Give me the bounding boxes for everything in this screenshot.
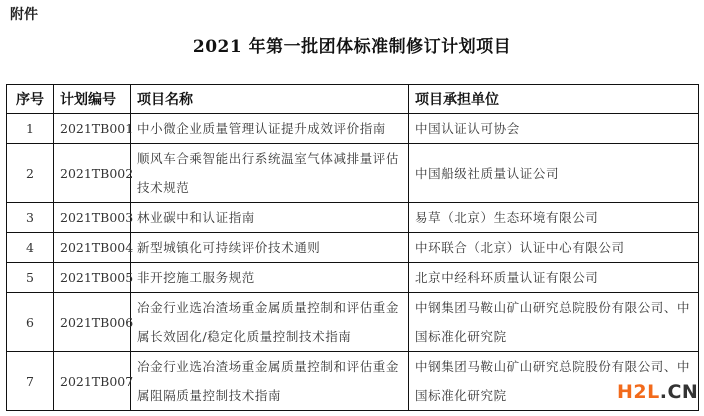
cell-index: 1 <box>7 114 54 144</box>
cell-plan-code: 2021TB007 <box>54 352 131 411</box>
cell-project-name: 冶金行业选冶渣场重金属质量控制和评估重金属长效固化/稳定化质量控制技术指南 <box>131 293 409 352</box>
watermark-h2l: H2L <box>617 381 660 403</box>
cell-plan-code: 2021TB004 <box>54 233 131 263</box>
cell-undertaking-unit: 中环联合（北京）认证中心有限公司 <box>409 233 699 263</box>
cell-undertaking-unit: 北京中经科环质量认证有限公司 <box>409 263 699 293</box>
cell-project-name: 顺风车合乘智能出行系统温室气体减排量评估技术规范 <box>131 144 409 203</box>
table-row: 5 2021TB005 非开挖施工服务规范 北京中经科环质量认证有限公司 <box>7 263 699 293</box>
cell-plan-code: 2021TB006 <box>54 293 131 352</box>
cell-index: 6 <box>7 293 54 352</box>
table-row: 6 2021TB006 冶金行业选冶渣场重金属质量控制和评估重金属长效固化/稳定… <box>7 293 699 352</box>
cell-index: 7 <box>7 352 54 411</box>
cell-plan-code: 2021TB002 <box>54 144 131 203</box>
cell-undertaking-unit: 中国认证认可协会 <box>409 114 699 144</box>
cell-plan-code: 2021TB003 <box>54 203 131 233</box>
cell-index: 5 <box>7 263 54 293</box>
header-plan-code: 计划编号 <box>54 85 131 114</box>
table-row: 3 2021TB003 林业碳中和认证指南 易草（北京）生态环境有限公司 <box>7 203 699 233</box>
site-watermark-logo: H2L.CN <box>617 381 698 403</box>
header-project-name: 项目名称 <box>131 85 409 114</box>
cell-project-name: 非开挖施工服务规范 <box>131 263 409 293</box>
cell-index: 2 <box>7 144 54 203</box>
cell-plan-code: 2021TB001 <box>54 114 131 144</box>
table-row: 2 2021TB002 顺风车合乘智能出行系统温室气体减排量评估技术规范 中国船… <box>7 144 699 203</box>
table-row: 1 2021TB001 中小微企业质量管理认证提升成效评价指南 中国认证认可协会 <box>7 114 699 144</box>
cell-project-name: 冶金行业选冶渣场重金属质量控制和评估重金属阻隔质量控制技术指南 <box>131 352 409 411</box>
cell-undertaking-unit: 中钢集团马鞍山矿山研究总院股份有限公司、中国标准化研究院 <box>409 293 699 352</box>
cell-undertaking-unit: 中国船级社质量认证公司 <box>409 144 699 203</box>
watermark-cn: .CN <box>660 381 699 403</box>
header-undertaking-unit: 项目承担单位 <box>409 85 699 114</box>
cell-project-name: 新型城镇化可持续评价技术通则 <box>131 233 409 263</box>
table-row: 4 2021TB004 新型城镇化可持续评价技术通则 中环联合（北京）认证中心有… <box>7 233 699 263</box>
table-row: 7 2021TB007 冶金行业选冶渣场重金属质量控制和评估重金属阻隔质量控制技… <box>7 352 699 411</box>
standards-plan-table: 序号 计划编号 项目名称 项目承担单位 1 2021TB001 中小微企业质量管… <box>6 84 699 411</box>
cell-undertaking-unit: 易草（北京）生态环境有限公司 <box>409 203 699 233</box>
table-header-row: 序号 计划编号 项目名称 项目承担单位 <box>7 85 699 114</box>
cell-project-name: 林业碳中和认证指南 <box>131 203 409 233</box>
cell-index: 3 <box>7 203 54 233</box>
cell-index: 4 <box>7 233 54 263</box>
header-index: 序号 <box>7 85 54 114</box>
attachment-label: 附件 <box>10 4 38 24</box>
cell-project-name: 中小微企业质量管理认证提升成效评价指南 <box>131 114 409 144</box>
cell-plan-code: 2021TB005 <box>54 263 131 293</box>
document-title: 2021 年第一批团体标准制修订计划项目 <box>0 32 704 57</box>
